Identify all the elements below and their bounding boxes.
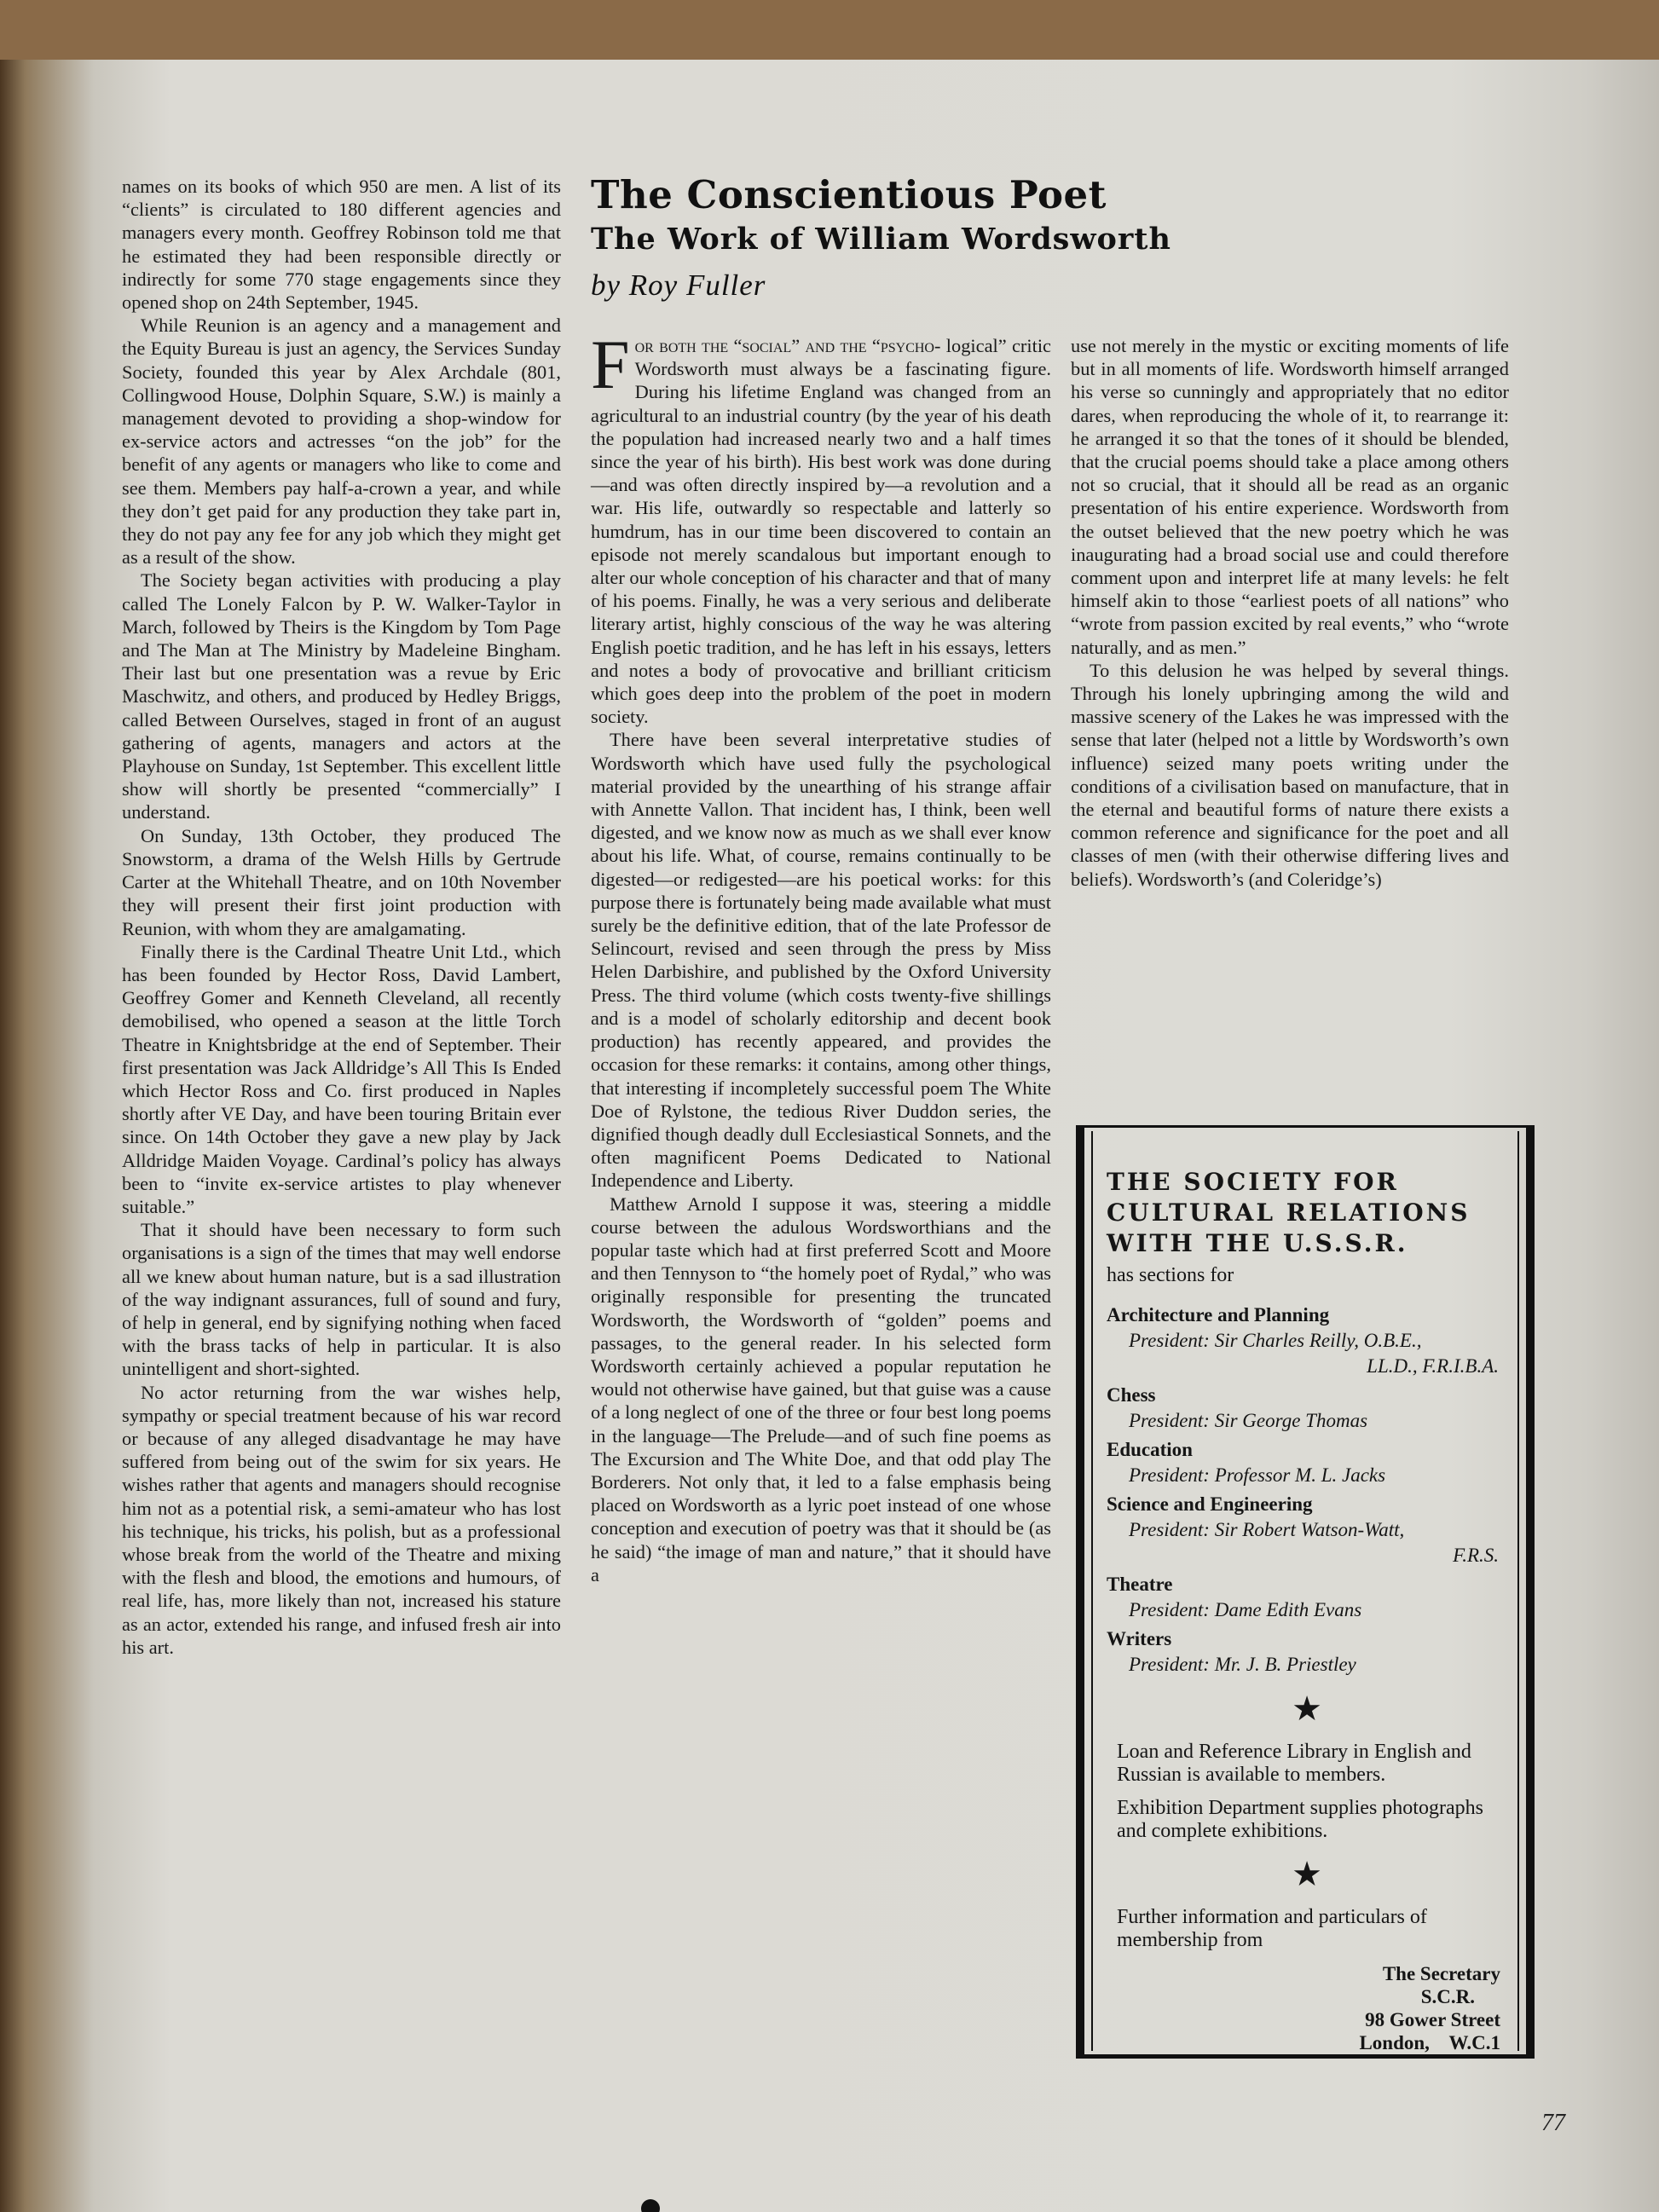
address-line: The Secretary: [1107, 1962, 1500, 1985]
section-president: President: Mr. J. B. Priestley: [1107, 1652, 1507, 1678]
further-info-text: Further information and particulars of m…: [1117, 1906, 1507, 1952]
section-president: President: Sir George Thomas: [1107, 1408, 1507, 1434]
drop-cap: F: [591, 338, 630, 392]
page-number: 77: [1541, 2110, 1565, 2137]
article-subtitle: The Work of William Wordsworth: [591, 222, 1171, 257]
article-right-column: use not merely in the mystic or exciting…: [1071, 334, 1509, 891]
address-line: 98 Gower Street: [1107, 2008, 1500, 2031]
section-writers: Writers President: Mr. J. B. Priestley: [1107, 1626, 1507, 1678]
star-icon: ★: [1107, 1853, 1507, 1896]
paragraph: While Reunion is an agency and a managem…: [122, 314, 561, 569]
paragraph: names on its books of which 950 are men.…: [122, 175, 561, 314]
section-president: President: Professor M. L. Jacks: [1107, 1463, 1507, 1488]
paragraph: There have been several interpretative s…: [591, 728, 1051, 1192]
heading-line: CULTURAL RELATIONS: [1107, 1198, 1470, 1227]
scr-advert-box: THE SOCIETY FOR CULTURAL RELATIONS WITH …: [1076, 1125, 1535, 2059]
address-line: S.C.R.: [1107, 1985, 1475, 2008]
paragraph-text: logical” critic Wordsworth must always b…: [591, 335, 1051, 727]
star-icon: ★: [1107, 1688, 1507, 1730]
advert-intro: has sections for: [1107, 1264, 1507, 1287]
section-name: Education: [1107, 1437, 1507, 1463]
heading-line: WITH THE U.S.S.R.: [1107, 1229, 1408, 1257]
section-name: Science and Engineering: [1107, 1492, 1507, 1517]
magazine-page: names on its books of which 950 are men.…: [0, 60, 1659, 2212]
library-text: Loan and Reference Library in English an…: [1117, 1741, 1507, 1787]
binding-hole: [641, 2199, 660, 2212]
section-president: President: Sir Robert Watson-Watt,F.R.S.: [1107, 1517, 1507, 1568]
article-title: The Conscientious Poet: [591, 172, 1107, 217]
paragraph: No actor returning from the war wishes h…: [122, 1381, 561, 1659]
opening-paragraph: F or both the “social” and the “psycho- …: [591, 334, 1051, 728]
opening-smallcaps: or both the “social” and the “psycho-: [635, 335, 941, 356]
section-president: President: Sir Charles Reilly, O.B.E.,LL…: [1107, 1328, 1507, 1379]
paragraph: use not merely in the mystic or exciting…: [1071, 334, 1509, 659]
paragraph: The Society began activities with produc…: [122, 569, 561, 823]
paragraph: Matthew Arnold I suppose it was, steerin…: [591, 1193, 1051, 1586]
address-line: London, W.C.1: [1107, 2031, 1500, 2054]
article-middle-column: F or both the “social” and the “psycho- …: [591, 334, 1051, 1586]
section-education: Education President: Professor M. L. Jac…: [1107, 1437, 1507, 1488]
paragraph: That it should have been necessary to fo…: [122, 1218, 561, 1380]
paragraph: Finally there is the Cardinal Theatre Un…: [122, 940, 561, 1218]
article-byline: by Roy Fuller: [591, 269, 766, 303]
address-block: The Secretary S.C.R. 98 Gower Street Lon…: [1107, 1962, 1500, 2054]
section-president: President: Dame Edith Evans: [1107, 1597, 1507, 1623]
heading-line: THE SOCIETY FOR: [1107, 1168, 1399, 1196]
section-name: Theatre: [1107, 1572, 1507, 1597]
left-column: names on its books of which 950 are men.…: [122, 175, 561, 1659]
paragraph: On Sunday, 13th October, they produced T…: [122, 824, 561, 940]
section-architecture: Architecture and Planning President: Sir…: [1107, 1302, 1507, 1379]
section-theatre: Theatre President: Dame Edith Evans: [1107, 1572, 1507, 1623]
advert-heading: THE SOCIETY FOR CULTURAL RELATIONS WITH …: [1107, 1167, 1507, 1259]
section-science: Science and Engineering President: Sir R…: [1107, 1492, 1507, 1568]
section-name: Writers: [1107, 1626, 1507, 1652]
section-chess: Chess President: Sir George Thomas: [1107, 1383, 1507, 1434]
exhibition-text: Exhibition Department supplies photograp…: [1117, 1797, 1507, 1843]
section-name: Architecture and Planning: [1107, 1302, 1507, 1328]
section-name: Chess: [1107, 1383, 1507, 1408]
paragraph: To this delusion he was helped by severa…: [1071, 659, 1509, 891]
